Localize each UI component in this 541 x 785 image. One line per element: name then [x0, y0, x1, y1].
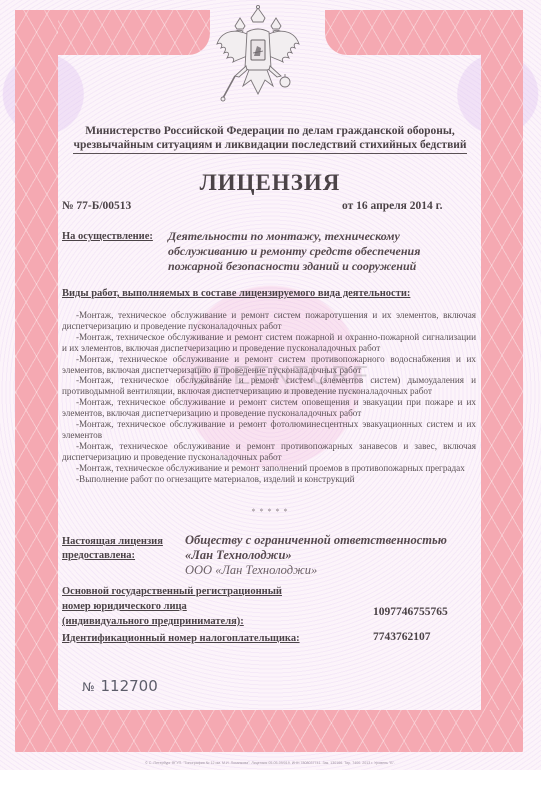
ogrn-label: Основной государственный регистрационный… [62, 584, 282, 629]
form-serial-number: №112700 [82, 677, 158, 695]
work-item: -Монтаж, техническое обслуживание и ремо… [62, 375, 476, 397]
ogrn-label-line-2: номер юридического лица [62, 599, 282, 614]
frame-bottom [15, 710, 523, 752]
inn-value: 7743762107 [373, 631, 431, 643]
document-title: ЛИЦЕНЗИЯ [60, 170, 480, 196]
frame-left [15, 10, 58, 752]
printer-imprint: © С.-Петербург ФГУП. "Типография № 12 им… [80, 761, 460, 765]
licensee: Обществу с ограниченной ответственностью… [185, 533, 485, 578]
work-item: -Монтаж, техническое обслуживание и ремо… [62, 332, 476, 354]
licensee-name-line-2: «Лан Технолоджи» [185, 548, 485, 563]
works-heading: Виды работ, выполняемых в составе лиценз… [62, 288, 410, 299]
licensee-short-name: ООО «Лан Технолоджи» [185, 563, 485, 578]
ogrn-label-line-3: (индивидуального предпринимателя): [62, 614, 282, 629]
work-item: -Монтаж, техническое обслуживание и ремо… [62, 419, 476, 441]
work-item: -Монтаж, техническое обслуживание и ремо… [62, 441, 476, 463]
issuing-authority: Министерство Российской Федерации по дел… [60, 124, 480, 154]
serial-prefix: № [82, 680, 94, 694]
bottom-margin [0, 770, 541, 785]
frame-right [481, 10, 523, 752]
works-list: -Монтаж, техническое обслуживание и ремо… [62, 310, 476, 485]
licensee-name-line-1: Обществу с ограниченной ответственностью [185, 533, 485, 548]
work-item: -Монтаж, техническое обслуживание и ремо… [62, 463, 476, 474]
ogrn-label-line-1: Основной государственный регистрационный [62, 584, 282, 599]
inn-label: Идентификационный номер налогоплательщик… [62, 633, 300, 644]
license-date: от 16 апреля 2014 г. [342, 200, 442, 212]
activity-label: На осуществление: [62, 231, 153, 242]
license-number: № 77-Б/00513 [62, 200, 131, 212]
ministry-line-2: чрезвычайным ситуациям и ликвидации посл… [73, 138, 466, 154]
serial-value: 112700 [100, 677, 157, 695]
ogrn-value: 1097746755765 [373, 606, 448, 618]
work-item: -Выполнение работ по огнезащите материал… [62, 474, 476, 485]
granted-label-line-1: Настоящая лицензия [62, 535, 163, 549]
granted-label-line-2: предоставлена: [62, 549, 163, 563]
section-separator: * * * * * [60, 507, 480, 516]
work-item: -Монтаж, техническое обслуживание и ремо… [62, 354, 476, 376]
ministry-line-1: Министерство Российской Федерации по дел… [60, 124, 480, 138]
work-item: -Монтаж, техническое обслуживание и ремо… [62, 310, 476, 332]
russian-coat-of-arms-icon [213, 4, 303, 106]
granted-label: Настоящая лицензия предоставлена: [62, 535, 163, 563]
work-item: -Монтаж, техническое обслуживание и ремо… [62, 397, 476, 419]
activity-description: Деятельности по монтажу, техническому об… [168, 229, 468, 274]
